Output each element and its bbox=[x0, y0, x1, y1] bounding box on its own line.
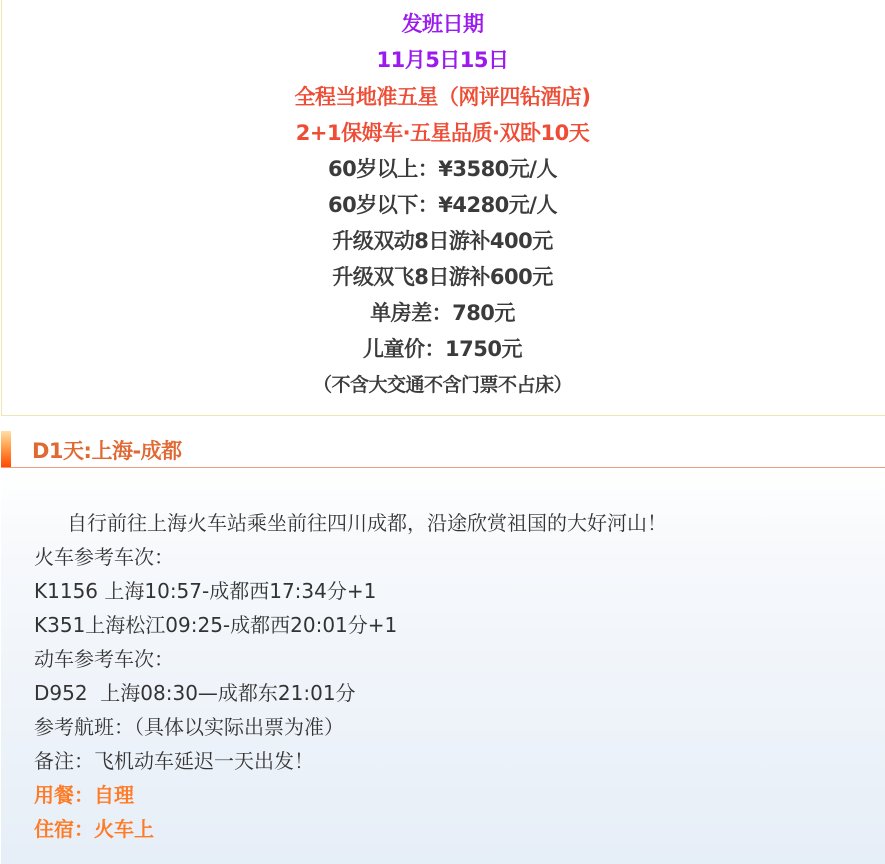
train-option-1: K1156 上海10:57-成都西17:34分+1 bbox=[34, 578, 376, 604]
train-label: 火车参考车次： bbox=[34, 544, 174, 570]
departure-dates: 11月5日15日 bbox=[0, 47, 885, 73]
vehicle-info: 2+1保姆车·五星品质·双卧10天 bbox=[0, 120, 885, 146]
price-under-60: 60岁以下：¥4280元/人 bbox=[0, 192, 885, 218]
upgrade-bullet-train: 升级双动8日游补400元 bbox=[0, 228, 885, 254]
accommodation-info: 住宿：火车上 bbox=[34, 816, 154, 842]
flight-label: 参考航班：（具体以实际出票为准） bbox=[34, 714, 344, 740]
departure-label: 发班日期 bbox=[0, 11, 885, 37]
price-over-60: 60岁以上：¥3580元/人 bbox=[0, 156, 885, 182]
day1-header: D1天:上海-成都 bbox=[1, 431, 885, 468]
day1-title: D1天:上海-成都 bbox=[32, 435, 182, 465]
train-option-2: K351上海松江09:25-成都西20:01分+1 bbox=[34, 612, 397, 638]
exclusions-note: （不含大交通不含门票不占床） bbox=[0, 372, 885, 398]
upgrade-flight: 升级双飞8日游补600元 bbox=[0, 264, 885, 290]
day1-intro: 自行前往上海火车站乘坐前往四川成都，沿途欣赏祖国的大好河山！ bbox=[67, 510, 667, 536]
hotel-standard: 全程当地准五星（网评四钻酒店) bbox=[0, 84, 885, 110]
single-room-supplement: 单房差：780元 bbox=[0, 300, 885, 326]
child-price: 儿童价：1750元 bbox=[0, 336, 885, 362]
bullet-train-label: 动车参考车次： bbox=[34, 646, 174, 672]
meals-info: 用餐：自理 bbox=[34, 782, 134, 808]
bullet-train-option-1: D952 上海08:30—成都东21:01分 bbox=[34, 680, 356, 706]
day1-note: 备注：飞机动车延迟一天出发！ bbox=[34, 748, 314, 774]
header-accent-bar bbox=[1, 431, 11, 467]
